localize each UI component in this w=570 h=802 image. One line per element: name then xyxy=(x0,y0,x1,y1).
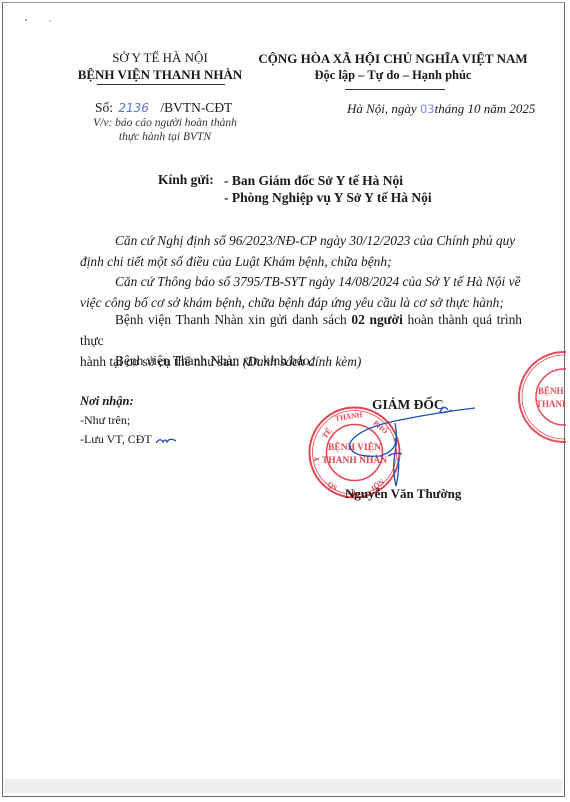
subject-line: thực hành tại BVTN xyxy=(70,130,260,144)
people-count: 02 người xyxy=(351,312,402,327)
subject: V/v: báo cáo người hoàn thành thực hành … xyxy=(70,116,260,144)
agency-name: SỞ Y TẾ HÀ NỘI xyxy=(60,50,260,66)
svg-text:Y: Y xyxy=(312,456,321,462)
svg-text:TẾ: TẾ xyxy=(319,426,334,441)
header-left-underline xyxy=(97,84,225,85)
page-bottom-shadow xyxy=(4,779,562,793)
recipients-footer-list: -Như trên; -Lưu VT, CĐT xyxy=(80,411,177,449)
recipient-item: - Ban Giám đốc Sở Y tế Hà Nội xyxy=(224,172,432,189)
number-label: Số: xyxy=(95,100,113,115)
issue-date: Hà Nội, ngày 03tháng 10 năm 2025 xyxy=(347,101,535,117)
footer-recipient-item: -Lưu VT, CĐT xyxy=(80,432,152,446)
scan-speck xyxy=(25,19,27,21)
recipients-footer-label: Nơi nhận: xyxy=(80,394,134,409)
scan-speck xyxy=(49,20,51,22)
paragraph-legal-basis-1: Căn cứ Nghị định số 96/2023/NĐ-CP ngày 3… xyxy=(80,230,522,272)
number-handwritten: 2136 xyxy=(118,101,149,115)
date-day-handwritten: 03 xyxy=(420,102,435,116)
hospital-name: BỆNH VIỆN THANH NHÀN xyxy=(60,67,260,83)
subject-line: V/v: báo cáo người hoàn thành xyxy=(70,116,260,130)
para-text: Bệnh viện Thanh Nhàn xin kính báo. xyxy=(115,353,313,368)
svg-text:THANH: THANH xyxy=(536,399,566,409)
svg-text:BỆNH: BỆNH xyxy=(538,386,564,396)
para-line: Căn cứ Thông báo số 3795/TB-SYT ngày 14/… xyxy=(115,274,521,289)
document-number: Số: 2136 /BVTN-CĐT xyxy=(95,100,232,116)
footer-recipient-item: -Như trên; xyxy=(80,411,177,430)
recipients-list: - Ban Giám đốc Sở Y tế Hà Nội - Phòng Ng… xyxy=(224,172,432,206)
signature-scribble-icon xyxy=(340,398,480,498)
para-line: Căn cứ Nghị định số 96/2023/NĐ-CP ngày 3… xyxy=(115,233,515,248)
paragraph-legal-basis-2: Căn cứ Thông báo số 3795/TB-SYT ngày 14/… xyxy=(80,271,522,313)
recipients-label: Kính gửi: xyxy=(158,172,214,188)
paragraph-closing: Bệnh viện Thanh Nhàn xin kính báo. xyxy=(80,350,522,371)
date-prefix: Hà Nội, ngày xyxy=(347,101,417,116)
recipient-item: - Phòng Nghiệp vụ Y Sở Y tế Hà Nội xyxy=(224,189,432,206)
date-suffix: tháng 10 năm 2025 xyxy=(435,101,536,116)
header-right-underline xyxy=(345,89,445,90)
partial-seal-icon: BỆNH THANH xyxy=(514,350,566,445)
number-suffix: /BVTN-CĐT xyxy=(160,100,232,115)
para-line: định chi tiết một số điều của Luật Khám … xyxy=(80,251,522,272)
para-text: Bệnh viện Thanh Nhàn xin gửi danh sách xyxy=(115,312,351,327)
country-name: CỘNG HÒA XÃ HỘI CHỦ NGHĨA VIỆT NAM xyxy=(258,51,528,67)
signer-name: Nguyễn Văn Thường xyxy=(345,486,461,502)
initials-scribble-icon xyxy=(155,435,177,445)
national-motto: Độc lập – Tự do – Hạnh phúc xyxy=(258,68,528,83)
